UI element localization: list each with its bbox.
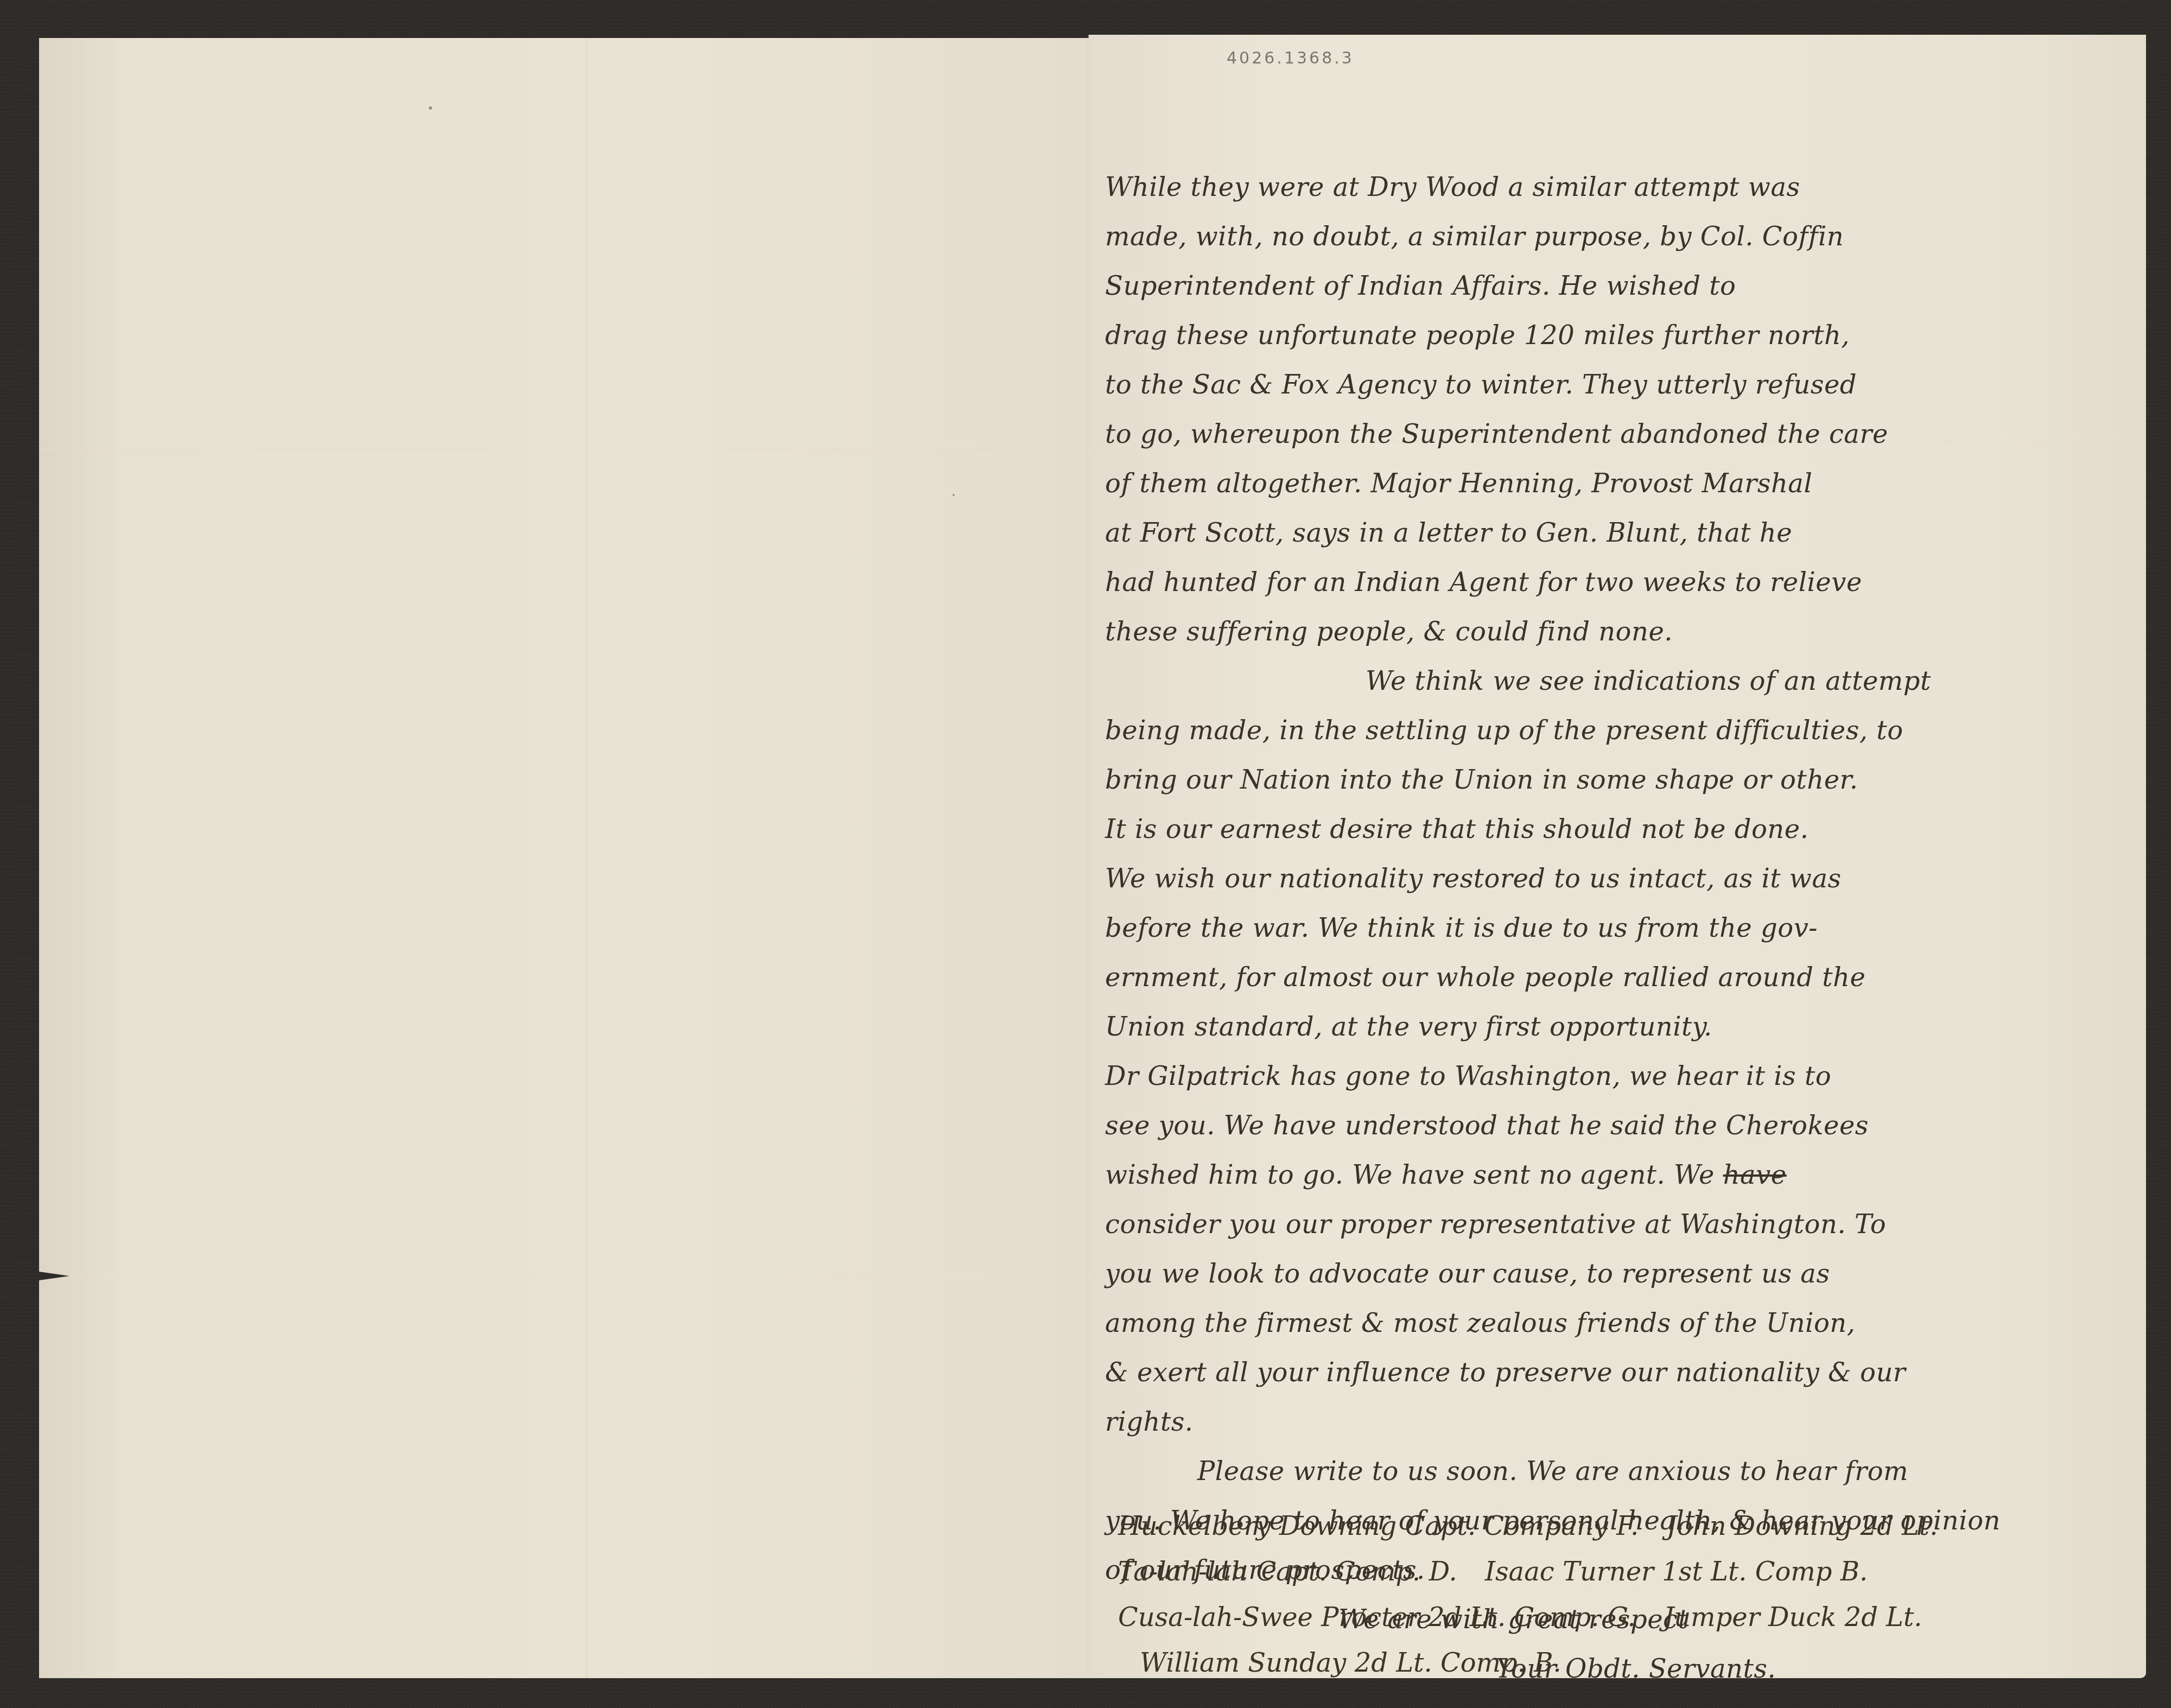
signature: Jumper Duck 2d Lt. bbox=[1664, 1595, 1922, 1640]
signer-name: Isaac Turner bbox=[1485, 1557, 1654, 1587]
letter-line: these suffering people, & could find non… bbox=[1105, 607, 2131, 657]
letter-line: wished him to go. We have sent no agent.… bbox=[1105, 1151, 2131, 1200]
signer-name: Huckelbery Downing bbox=[1118, 1511, 1396, 1541]
signer-title: Capt. Company F. bbox=[1405, 1511, 1639, 1541]
horizontal-crease-left-lower bbox=[39, 1274, 1089, 1276]
signer-title: 2d Lt. Comp. B. bbox=[1355, 1648, 1561, 1678]
letter-line: being made, in the settling up of the pr… bbox=[1105, 706, 2131, 755]
signature: Huckelbery Downing Capt. Company F. bbox=[1118, 1503, 1639, 1549]
signature: Isaac Turner 1st Lt. Comp B. bbox=[1485, 1549, 1868, 1595]
letter-line: Superintendent of Indian Affairs. He wis… bbox=[1105, 262, 2131, 311]
letter-line: Dr Gilpatrick has gone to Washington, we… bbox=[1105, 1052, 2131, 1101]
letter-line: made, with, no doubt, a similar purpose,… bbox=[1105, 212, 2131, 262]
letter-line: We think we see indications of an attemp… bbox=[1105, 657, 2131, 706]
ink-speck bbox=[429, 106, 432, 110]
signer-name: Ta-lah-lah bbox=[1118, 1557, 1248, 1587]
letter-line: It is our earnest desire that this shoul… bbox=[1105, 805, 2131, 854]
vertical-crease-left bbox=[586, 38, 587, 1678]
signer-name: Cusa-lah-Swee bbox=[1118, 1602, 1313, 1633]
letter-line: to go, whereupon the Superintendent aban… bbox=[1105, 410, 2131, 459]
signer-title: 2d Lt. bbox=[1860, 1511, 1938, 1541]
letter-line: drag these unfortunate people 120 miles … bbox=[1105, 311, 2131, 360]
signer-title: 2d Lt. Comp. G. bbox=[1428, 1602, 1635, 1633]
letter-line: among the firmest & most zealous friends… bbox=[1105, 1299, 2131, 1348]
signature-row: Ta-lah-lah Capt. Comp. D. Isaac Turner 1… bbox=[1118, 1549, 2138, 1595]
letter-line: We wish our nationality restored to us i… bbox=[1105, 854, 2131, 904]
signer-name: Procter bbox=[1321, 1602, 1420, 1633]
letter-line: rights. bbox=[1105, 1398, 2131, 1447]
signer-title: Capt. Comp. D. bbox=[1256, 1557, 1457, 1587]
struck-word: have bbox=[1723, 1160, 1787, 1190]
letter-line-text: wished him to go. We have sent no agent.… bbox=[1105, 1160, 1715, 1190]
edge-tear bbox=[39, 1272, 69, 1280]
signature-row: Huckelbery Downing Capt. Company F. John… bbox=[1118, 1503, 2138, 1549]
catalog-number: 4026.1368.3 bbox=[1227, 49, 1354, 68]
signature: John Downing 2d Lt. bbox=[1667, 1503, 1938, 1549]
signature: William Sunday 2d Lt. Comp. B. bbox=[1140, 1640, 1561, 1686]
letter-line: While they were at Dry Wood a similar at… bbox=[1105, 163, 2131, 212]
letter-line: of them altogether. Major Henning, Provo… bbox=[1105, 459, 2131, 509]
letter-line: before the war. We think it is due to us… bbox=[1105, 904, 2131, 953]
horizontal-fold-left bbox=[39, 448, 1089, 450]
letter-body: While they were at Dry Wood a similar at… bbox=[1105, 163, 2131, 1694]
signer-name: William Sunday bbox=[1140, 1648, 1346, 1678]
letter-line: see you. We have understood that he said… bbox=[1105, 1101, 2131, 1151]
left-page-blank bbox=[39, 38, 1089, 1678]
letter-line: & exert all your influence to preserve o… bbox=[1105, 1348, 2131, 1398]
letter-line: ernment, for almost our whole people ral… bbox=[1105, 953, 2131, 1002]
signature: Cusa-lah-Swee Procter 2d Lt. Comp. G. bbox=[1118, 1595, 1636, 1640]
letter-line: bring our Nation into the Union in some … bbox=[1105, 755, 2131, 805]
letter-line: to the Sac & Fox Agency to winter. They … bbox=[1105, 360, 2131, 410]
signer-name: Jumper Duck bbox=[1664, 1602, 1836, 1633]
signer-name: John Downing bbox=[1667, 1511, 1852, 1541]
center-fold-line bbox=[1088, 35, 1090, 1678]
signature-row: Cusa-lah-Swee Procter 2d Lt. Comp. G. Ju… bbox=[1118, 1595, 2138, 1640]
letter-line: you we look to advocate our cause, to re… bbox=[1105, 1249, 2131, 1299]
signature-row: William Sunday 2d Lt. Comp. B. bbox=[1118, 1640, 2138, 1686]
signature-block: Huckelbery Downing Capt. Company F. John… bbox=[1118, 1503, 2138, 1686]
signer-title: 1st Lt. Comp B. bbox=[1662, 1557, 1868, 1587]
letter-line: Union standard, at the very first opport… bbox=[1105, 1002, 2131, 1052]
letter-line: at Fort Scott, says in a letter to Gen. … bbox=[1105, 509, 2131, 558]
signature: Ta-lah-lah Capt. Comp. D. bbox=[1118, 1549, 1457, 1595]
ink-speck bbox=[953, 494, 955, 496]
letter-line: Please write to us soon. We are anxious … bbox=[1105, 1447, 2131, 1496]
letter-line: consider you our proper representative a… bbox=[1105, 1200, 2131, 1249]
letter-line: had hunted for an Indian Agent for two w… bbox=[1105, 558, 2131, 607]
signer-title: 2d Lt. bbox=[1845, 1602, 1922, 1633]
